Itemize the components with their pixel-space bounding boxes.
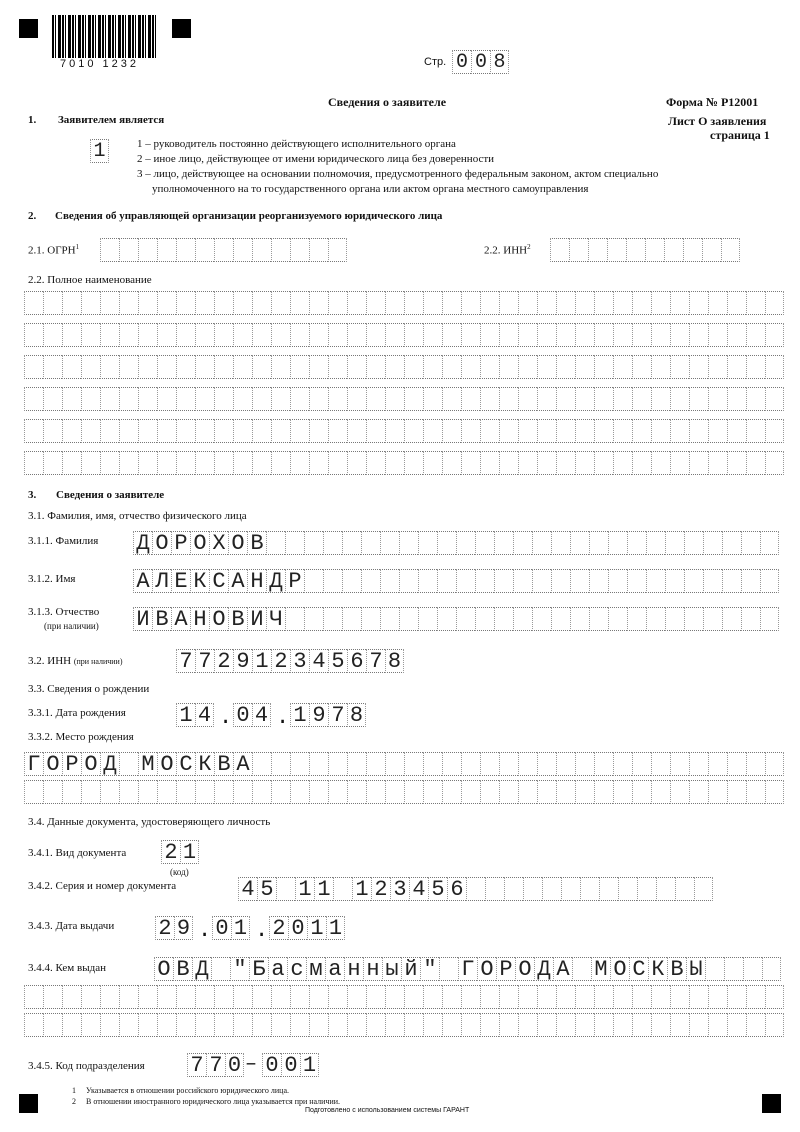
char-cell	[328, 238, 347, 262]
char-cell	[618, 877, 637, 901]
char-cell	[138, 451, 157, 475]
char-cell	[271, 238, 290, 262]
char-cell	[594, 291, 613, 315]
char-cell	[589, 531, 608, 555]
char-cell	[62, 323, 81, 347]
char-cell	[627, 607, 646, 631]
char-cell	[81, 387, 100, 411]
applicant-type-field[interactable]: 1	[90, 139, 109, 163]
char-cell	[309, 780, 328, 804]
char-cell	[176, 419, 195, 443]
char-cell	[632, 387, 651, 411]
char-cell	[138, 387, 157, 411]
char-cell	[43, 451, 62, 475]
char-cell	[480, 419, 499, 443]
date-separator: .	[276, 706, 289, 730]
char-cell	[727, 355, 746, 379]
char-cell	[404, 355, 423, 379]
char-cell	[309, 985, 328, 1009]
char-cell: О	[154, 957, 173, 981]
char-cell	[366, 291, 385, 315]
char-cell	[309, 419, 328, 443]
page-label: Стр.	[424, 56, 446, 68]
char-cell	[689, 780, 708, 804]
char-cell	[475, 531, 494, 555]
birth-place-field-row2[interactable]	[24, 780, 784, 804]
char-cell	[138, 238, 157, 262]
ogrn-label-text: 2.1. ОГРН	[28, 245, 76, 257]
char-cell	[437, 531, 456, 555]
doc-number-label: 3.4.2. Серия и номер документа	[28, 880, 176, 892]
char-cell: 4	[238, 877, 257, 901]
char-cell: Х	[209, 531, 228, 555]
char-cell: К	[648, 957, 667, 981]
footnote-2: 2В отношении иностранного юридического л…	[72, 1097, 340, 1106]
char-cell	[575, 387, 594, 411]
char-cell	[670, 1013, 689, 1037]
char-cell	[442, 291, 461, 315]
char-cell	[727, 985, 746, 1009]
char-cell	[347, 780, 366, 804]
char-cell	[347, 451, 366, 475]
char-cell: Б	[249, 957, 268, 981]
char-cell	[404, 323, 423, 347]
char-cell	[100, 419, 119, 443]
char-cell	[347, 1013, 366, 1037]
ogrn-field[interactable]	[100, 238, 347, 262]
char-cell	[252, 451, 271, 475]
issued-by-field-row2[interactable]	[24, 985, 784, 1009]
corner-marker-bottom-right	[762, 1094, 781, 1113]
footnote-2-num: 2	[72, 1097, 86, 1106]
char-cell	[119, 985, 138, 1009]
char-cell	[765, 752, 784, 776]
char-cell	[214, 355, 233, 379]
char-cell	[485, 877, 504, 901]
char-cell: О	[228, 531, 247, 555]
char-cell	[537, 323, 556, 347]
char-cell	[689, 451, 708, 475]
char-cell	[537, 752, 556, 776]
char-cell: 9	[309, 703, 328, 727]
char-cell: а	[268, 957, 287, 981]
char-cell: 8	[385, 649, 404, 673]
name-field[interactable]: АЛЕКСАНДР	[133, 569, 779, 593]
char-cell	[328, 387, 347, 411]
char-cell	[724, 957, 743, 981]
birth-place-label: 3.3.2. Место рождения	[28, 731, 134, 743]
char-cell	[542, 877, 561, 901]
birth-year-field[interactable]: 1978	[290, 703, 366, 727]
char-cell	[708, 985, 727, 1009]
person-inn-note: (при наличии)	[74, 657, 123, 666]
char-cell	[708, 451, 727, 475]
char-cell: А	[233, 752, 252, 776]
char-cell	[651, 752, 670, 776]
char-cell	[138, 291, 157, 315]
char-cell: 0	[212, 916, 231, 940]
org-fullname-row[interactable]	[24, 323, 784, 347]
char-cell	[651, 355, 670, 379]
char-cell	[523, 877, 542, 901]
char-cell	[513, 569, 532, 593]
char-cell: 1	[352, 877, 371, 901]
char-cell: 7	[366, 649, 385, 673]
char-cell: н	[344, 957, 363, 981]
char-cell	[551, 569, 570, 593]
char-cell	[176, 1013, 195, 1037]
char-cell	[746, 780, 765, 804]
patronymic-field[interactable]: ИВАНОВИЧ	[133, 607, 779, 631]
char-cell	[461, 1013, 480, 1037]
char-cell: 7	[195, 649, 214, 673]
char-cell	[518, 291, 537, 315]
char-cell	[442, 387, 461, 411]
org-fullname-row[interactable]	[24, 355, 784, 379]
char-cell: 0	[233, 703, 252, 727]
issue-year-field[interactable]: 2011	[269, 916, 345, 940]
char-cell	[285, 607, 304, 631]
barcode	[52, 15, 156, 58]
char-cell	[252, 985, 271, 1009]
char-cell: О	[610, 957, 629, 981]
char-cell	[608, 531, 627, 555]
char-cell	[81, 780, 100, 804]
char-cell	[746, 985, 765, 1009]
char-cell	[81, 323, 100, 347]
char-cell	[423, 451, 442, 475]
char-cell	[537, 419, 556, 443]
char-cell	[746, 291, 765, 315]
char-cell	[727, 1013, 746, 1037]
char-cell	[380, 531, 399, 555]
char-cell	[722, 569, 741, 593]
char-cell	[670, 419, 689, 443]
org-fullname-row[interactable]	[24, 419, 784, 443]
char-cell	[627, 569, 646, 593]
char-cell	[271, 387, 290, 411]
char-cell	[684, 607, 703, 631]
char-cell	[722, 531, 741, 555]
char-cell	[675, 877, 694, 901]
char-cell: Н	[190, 607, 209, 631]
char-cell	[328, 1013, 347, 1037]
char-cell	[157, 780, 176, 804]
char-cell	[423, 291, 442, 315]
char-cell	[385, 1013, 404, 1037]
char-cell	[214, 419, 233, 443]
char-cell	[81, 451, 100, 475]
char-cell	[518, 752, 537, 776]
char-cell	[575, 355, 594, 379]
char-cell	[499, 985, 518, 1009]
char-cell: 0	[452, 50, 471, 74]
issued-by-field-row1[interactable]: ОВД"Басманный"ГОРОДАМОСКВЫ	[154, 957, 781, 981]
char-cell	[637, 877, 656, 901]
char-cell	[708, 780, 727, 804]
char-cell	[689, 355, 708, 379]
issue-month-field[interactable]: 01	[212, 916, 250, 940]
birth-info-label: 3.3. Сведения о рождении	[28, 683, 149, 695]
birth-day-field[interactable]: 14	[176, 703, 214, 727]
issued-by-label: 3.4.4. Кем выдан	[28, 962, 106, 974]
char-cell: 0	[288, 916, 307, 940]
org-fullname-label: 2.2. Полное наименование	[28, 274, 152, 286]
char-cell	[347, 752, 366, 776]
char-cell	[24, 323, 43, 347]
char-cell	[309, 1013, 328, 1037]
char-cell	[211, 957, 230, 981]
char-cell: 1	[290, 703, 309, 727]
char-cell	[62, 387, 81, 411]
char-cell	[626, 238, 645, 262]
char-cell	[323, 569, 342, 593]
char-cell	[366, 419, 385, 443]
char-cell	[632, 291, 651, 315]
char-cell	[537, 780, 556, 804]
char-cell: 2	[371, 877, 390, 901]
char-cell	[24, 985, 43, 1009]
char-cell	[461, 985, 480, 1009]
char-cell	[518, 985, 537, 1009]
char-cell	[461, 323, 480, 347]
char-cell: О	[190, 531, 209, 555]
char-cell	[670, 451, 689, 475]
char-cell: 9	[174, 916, 193, 940]
char-cell	[480, 291, 499, 315]
char-cell	[670, 780, 689, 804]
char-cell	[708, 387, 727, 411]
char-cell	[214, 323, 233, 347]
char-cell	[461, 355, 480, 379]
char-cell	[347, 985, 366, 1009]
char-cell	[157, 238, 176, 262]
char-cell	[138, 780, 157, 804]
char-cell: О	[477, 957, 496, 981]
char-cell	[613, 323, 632, 347]
char-cell	[746, 355, 765, 379]
birth-date-label: 3.3.1. Дата рождения	[28, 707, 126, 719]
char-cell	[746, 323, 765, 347]
char-cell	[342, 607, 361, 631]
char-cell	[499, 780, 518, 804]
char-cell: 7	[187, 1053, 206, 1077]
division-code-dash: –	[245, 1053, 257, 1077]
char-cell	[480, 985, 499, 1009]
char-cell	[138, 419, 157, 443]
char-cell	[442, 355, 461, 379]
section1-number: 1.	[28, 114, 36, 126]
char-cell	[361, 607, 380, 631]
char-cell	[62, 451, 81, 475]
char-cell	[366, 387, 385, 411]
char-cell: 1	[307, 916, 326, 940]
char-cell: 4	[252, 703, 271, 727]
char-cell: Р	[62, 752, 81, 776]
char-cell	[342, 569, 361, 593]
char-cell	[100, 451, 119, 475]
char-cell	[613, 419, 632, 443]
char-cell	[442, 752, 461, 776]
char-cell	[594, 985, 613, 1009]
char-cell	[119, 1013, 138, 1037]
char-cell: В	[173, 957, 192, 981]
char-cell	[418, 569, 437, 593]
char-cell	[670, 752, 689, 776]
char-cell	[461, 291, 480, 315]
org-inn-field[interactable]	[550, 238, 740, 262]
org-fullname-row[interactable]	[24, 387, 784, 411]
char-cell	[309, 451, 328, 475]
char-cell: Л	[152, 569, 171, 593]
char-cell	[366, 780, 385, 804]
char-cell	[556, 1013, 575, 1037]
char-cell: 3	[390, 877, 409, 901]
char-cell	[518, 419, 537, 443]
char-cell	[442, 419, 461, 443]
char-cell	[328, 355, 347, 379]
char-cell	[290, 1013, 309, 1037]
fio-label: 3.1. Фамилия, имя, отчество физического …	[28, 510, 247, 522]
char-cell	[551, 607, 570, 631]
char-cell	[328, 291, 347, 315]
char-cell	[532, 569, 551, 593]
char-cell: К	[195, 752, 214, 776]
char-cell	[266, 531, 285, 555]
char-cell	[138, 323, 157, 347]
char-cell	[461, 419, 480, 443]
char-cell	[176, 985, 195, 1009]
char-cell	[252, 323, 271, 347]
char-cell	[366, 355, 385, 379]
char-cell	[309, 291, 328, 315]
char-cell: 1	[295, 877, 314, 901]
char-cell: "	[230, 957, 249, 981]
char-cell	[290, 985, 309, 1009]
surname-label: 3.1.1. Фамилия	[28, 535, 98, 547]
char-cell	[380, 607, 399, 631]
doc-type-field[interactable]: 21	[161, 840, 199, 864]
char-cell	[613, 451, 632, 475]
char-cell: Д	[133, 531, 152, 555]
char-cell: 4	[309, 649, 328, 673]
char-cell	[176, 323, 195, 347]
char-cell	[627, 531, 646, 555]
section3-number: 3.	[28, 489, 36, 501]
org-fullname-row[interactable]	[24, 291, 784, 315]
char-cell	[290, 451, 309, 475]
char-cell	[494, 607, 513, 631]
char-cell	[62, 419, 81, 443]
char-cell: Г	[24, 752, 43, 776]
char-cell	[651, 985, 670, 1009]
char-cell	[632, 780, 651, 804]
char-cell	[176, 387, 195, 411]
char-cell	[684, 569, 703, 593]
issued-by-field-row3[interactable]	[24, 1013, 784, 1037]
char-cell	[157, 1013, 176, 1037]
char-cell	[689, 985, 708, 1009]
birth-place-field-row1[interactable]: ГОРОДМОСКВА	[24, 752, 784, 776]
char-cell	[195, 985, 214, 1009]
char-cell	[157, 387, 176, 411]
char-cell: А	[171, 607, 190, 631]
char-cell: а	[325, 957, 344, 981]
char-cell	[556, 752, 575, 776]
char-cell	[708, 752, 727, 776]
char-cell: С	[176, 752, 195, 776]
char-cell	[119, 419, 138, 443]
char-cell	[499, 419, 518, 443]
issue-day-field[interactable]: 29	[155, 916, 193, 940]
char-cell	[404, 752, 423, 776]
char-cell	[727, 419, 746, 443]
char-cell	[404, 419, 423, 443]
char-cell	[494, 531, 513, 555]
char-cell	[423, 355, 442, 379]
char-cell	[708, 291, 727, 315]
char-cell	[741, 569, 760, 593]
char-cell	[442, 1013, 461, 1037]
corner-marker-bottom-left	[19, 1094, 38, 1113]
org-fullname-row[interactable]	[24, 451, 784, 475]
char-cell	[195, 419, 214, 443]
char-cell	[233, 451, 252, 475]
char-cell	[290, 323, 309, 347]
char-cell	[475, 569, 494, 593]
char-cell	[746, 752, 765, 776]
char-cell	[703, 569, 722, 593]
char-cell	[442, 780, 461, 804]
char-cell	[347, 291, 366, 315]
char-cell	[24, 419, 43, 443]
char-cell	[656, 877, 675, 901]
char-cell	[580, 877, 599, 901]
page-number-field[interactable]: 008	[452, 50, 509, 74]
char-cell	[499, 291, 518, 315]
char-cell	[608, 569, 627, 593]
char-cell	[722, 607, 741, 631]
char-cell: Г	[458, 957, 477, 981]
char-cell	[214, 451, 233, 475]
doc-number-field[interactable]: 4511123456	[238, 877, 713, 901]
char-cell: 5	[428, 877, 447, 901]
char-cell	[214, 1013, 233, 1037]
surname-field[interactable]: ДОРОХОВ	[133, 531, 779, 555]
char-cell	[570, 569, 589, 593]
char-cell: А	[228, 569, 247, 593]
division-code-part2-field[interactable]: 001	[262, 1053, 319, 1077]
char-cell	[81, 985, 100, 1009]
char-cell	[456, 569, 475, 593]
char-cell	[689, 291, 708, 315]
birth-month-field[interactable]: 04	[233, 703, 271, 727]
char-cell	[214, 780, 233, 804]
char-cell	[461, 387, 480, 411]
division-code-part1-field[interactable]: 770	[187, 1053, 244, 1077]
char-cell	[594, 752, 613, 776]
char-cell	[81, 1013, 100, 1037]
section2-number: 2.	[28, 210, 36, 222]
char-cell	[475, 607, 494, 631]
char-cell	[366, 1013, 385, 1037]
char-cell	[551, 531, 570, 555]
person-inn-field[interactable]: 772912345678	[176, 649, 404, 673]
char-cell	[385, 323, 404, 347]
char-cell: В	[667, 957, 686, 981]
char-cell	[309, 323, 328, 347]
char-cell	[665, 607, 684, 631]
